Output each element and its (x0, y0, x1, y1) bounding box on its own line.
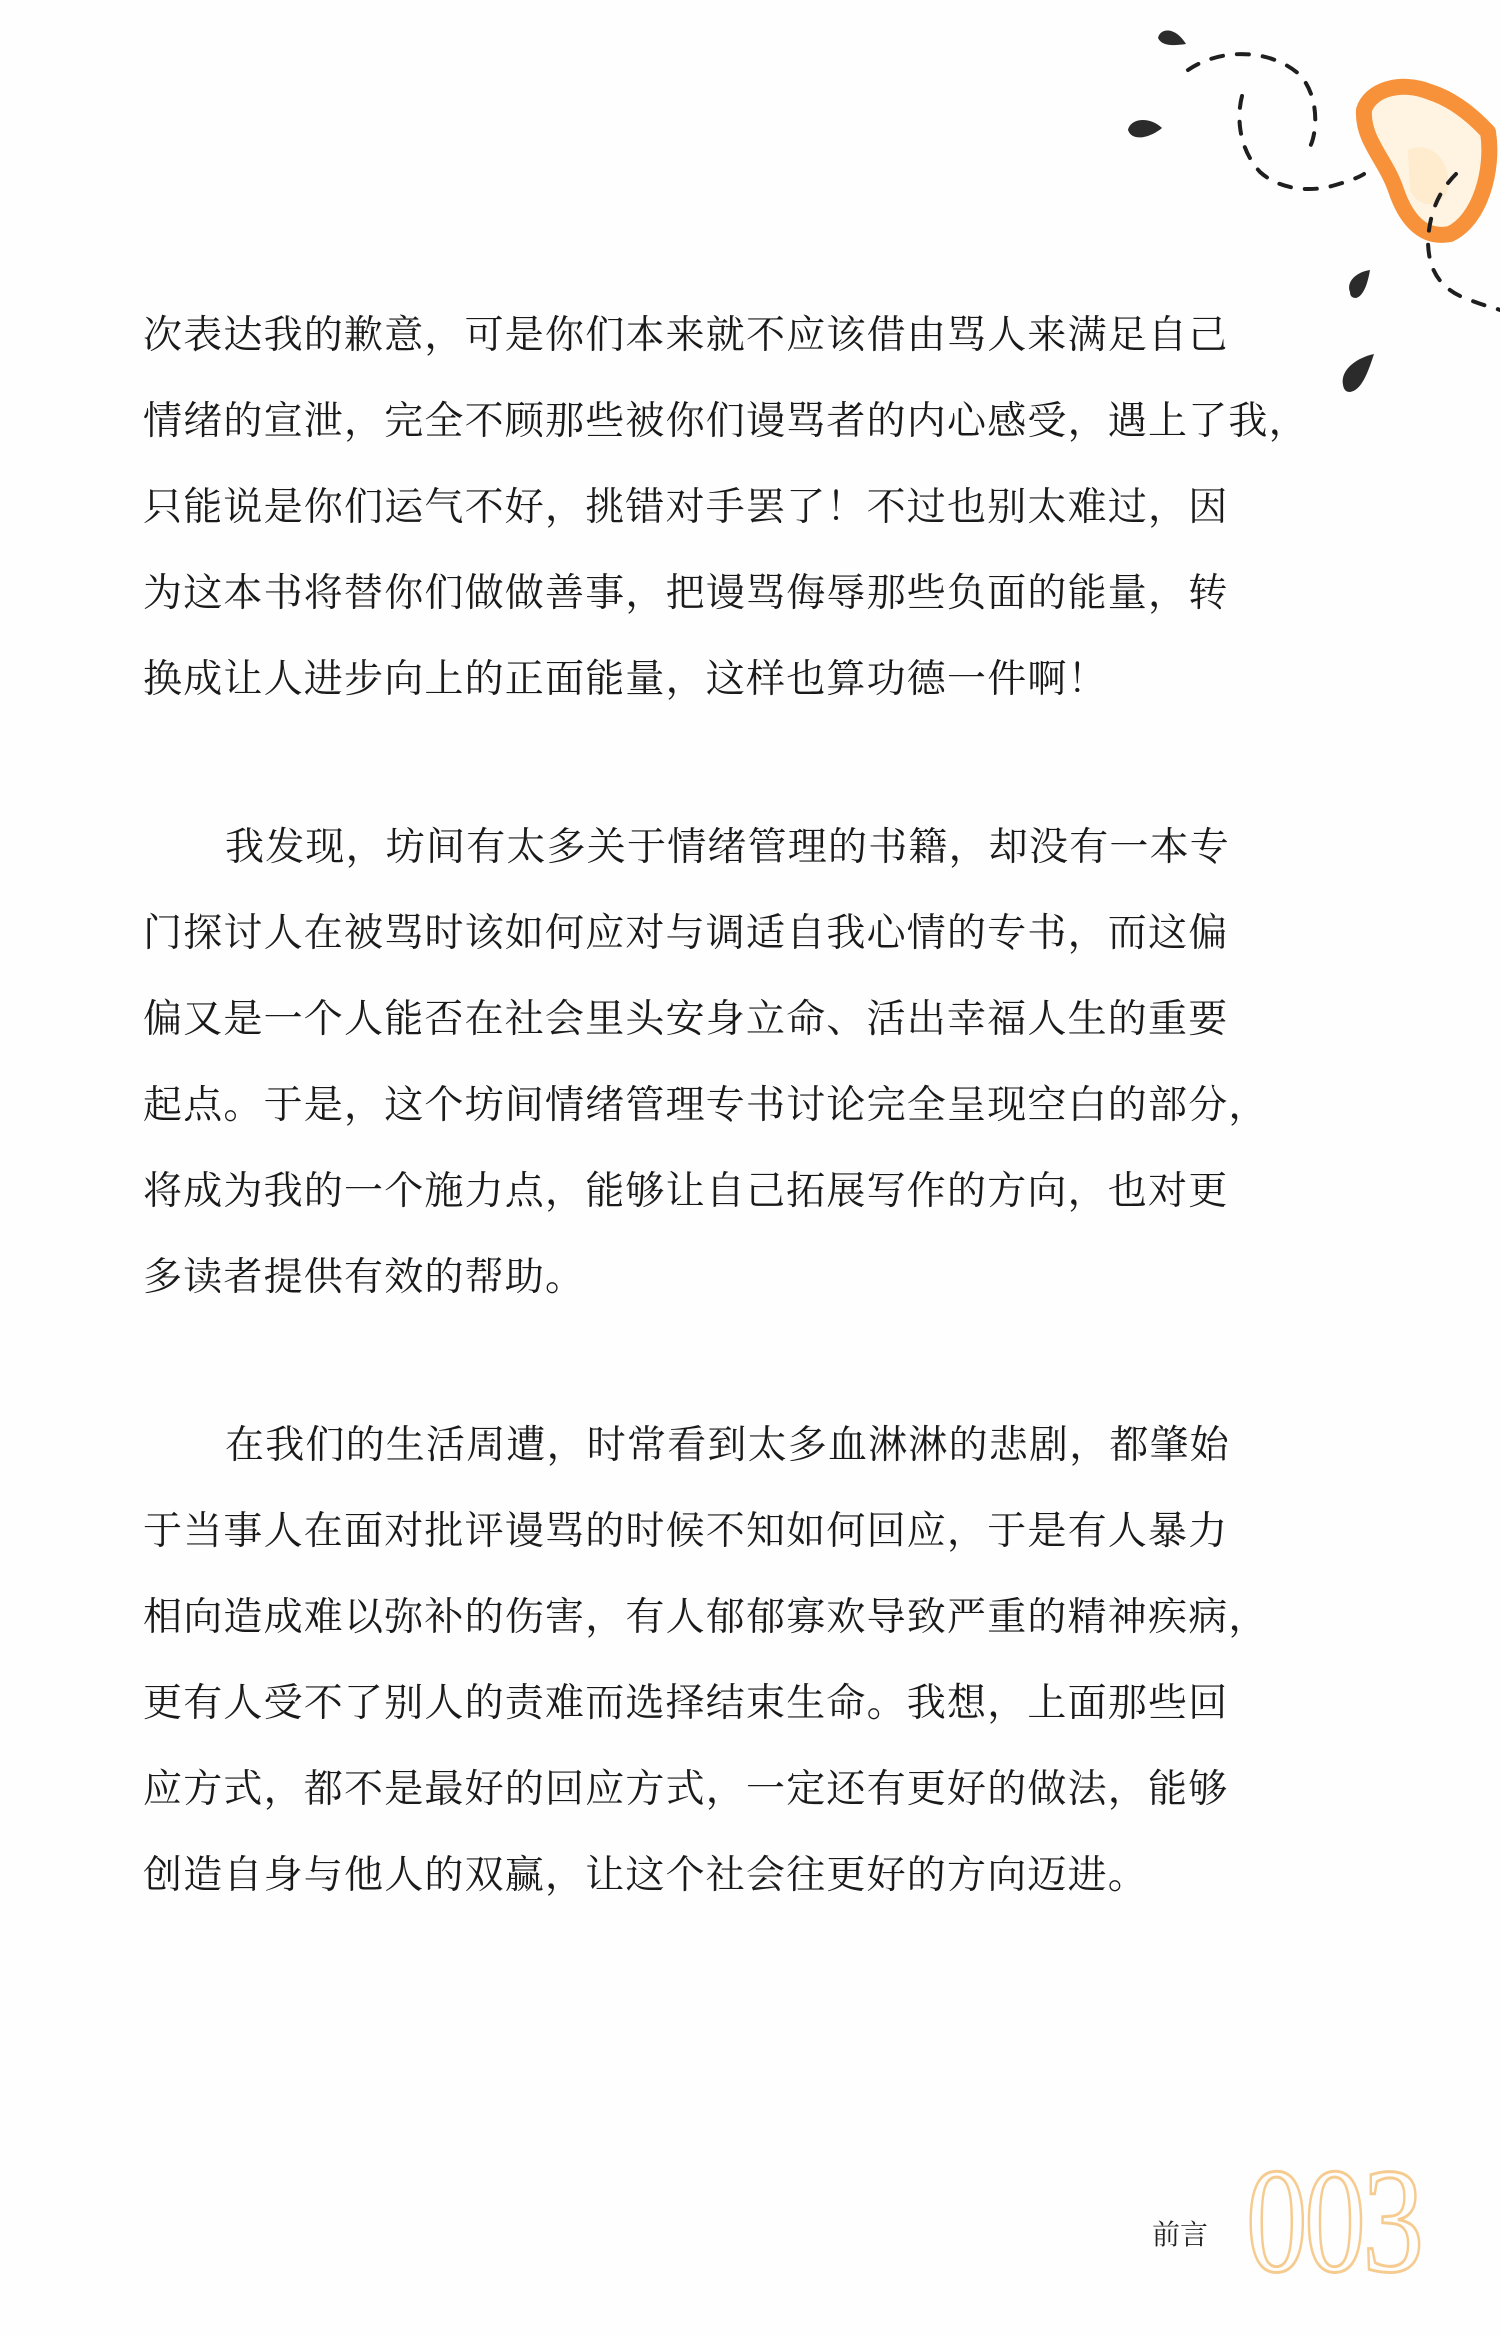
ink-drop-icon (1343, 354, 1374, 392)
ink-drop-icon (1349, 270, 1370, 298)
text-line: 换成让人进步向上的正面能量，这样也算功德一件啊！ (143, 647, 1283, 733)
text-line: 更有人受不了别人的责难而选择结束生命。我想，上面那些回 (143, 1671, 1283, 1757)
text-line: 为这本书将替你们做做善事，把谩骂侮辱那些负面的能量，转 (143, 561, 1283, 647)
paragraph-1: 次表达我的歉意，可是你们本来就不应该借由骂人来满足自己 情绪的宣泄，完全不顾那些… (143, 303, 1283, 733)
text-line: 只能说是你们运气不好，挑错对手罢了！不过也别太难过，因 (143, 475, 1283, 561)
section-label: 前言 (1152, 2213, 1208, 2253)
text-line: 偏又是一个人能否在社会里头安身立命、活出幸福人生的重要 (143, 987, 1283, 1073)
body-text: 次表达我的歉意，可是你们本来就不应该借由骂人来满足自己 情绪的宣泄，完全不顾那些… (143, 303, 1283, 1929)
page-number: 003 (1246, 2135, 1421, 2307)
text-line: 门探讨人在被骂时该如何应对与调适自我心情的专书，而这偏 (143, 901, 1283, 987)
text-line: 在我们的生活周遭，时常看到太多血淋淋的悲剧，都肇始 (143, 1413, 1283, 1499)
text-line: 多读者提供有效的帮助。 (143, 1245, 1283, 1331)
text-line: 情绪的宣泄，完全不顾那些被你们谩骂者的内心感受，遇上了我， (143, 389, 1283, 475)
paragraph-2: 我发现，坊间有太多关于情绪管理的书籍，却没有一本专 门探讨人在被骂时该如何应对与… (143, 815, 1283, 1331)
ink-drop-icon (1158, 30, 1186, 45)
text-line: 将成为我的一个施力点，能够让自己拓展写作的方向，也对更 (143, 1159, 1283, 1245)
ink-drop-icon (1128, 120, 1162, 137)
paragraph-3: 在我们的生活周遭，时常看到太多血淋淋的悲剧，都肇始 于当事人在面对批评谩骂的时候… (143, 1413, 1283, 1929)
text-line: 次表达我的歉意，可是你们本来就不应该借由骂人来满足自己 (143, 303, 1283, 389)
text-line: 应方式，都不是最好的回应方式，一定还有更好的做法，能够 (143, 1757, 1283, 1843)
text-line: 起点。于是，这个坊间情绪管理专书讨论完全呈现空白的部分， (143, 1073, 1283, 1159)
book-page: 次表达我的歉意，可是你们本来就不应该借由骂人来满足自己 情绪的宣泄，完全不顾那些… (0, 0, 1500, 2335)
text-line: 创造自身与他人的双赢，让这个社会往更好的方向迈进。 (143, 1843, 1283, 1929)
text-line: 于当事人在面对批评谩骂的时候不知如何回应，于是有人暴力 (143, 1499, 1283, 1585)
text-line: 相向造成难以弥补的伤害，有人郁郁寡欢导致严重的精神疾病， (143, 1585, 1283, 1671)
text-line: 我发现，坊间有太多关于情绪管理的书籍，却没有一本专 (143, 815, 1283, 901)
